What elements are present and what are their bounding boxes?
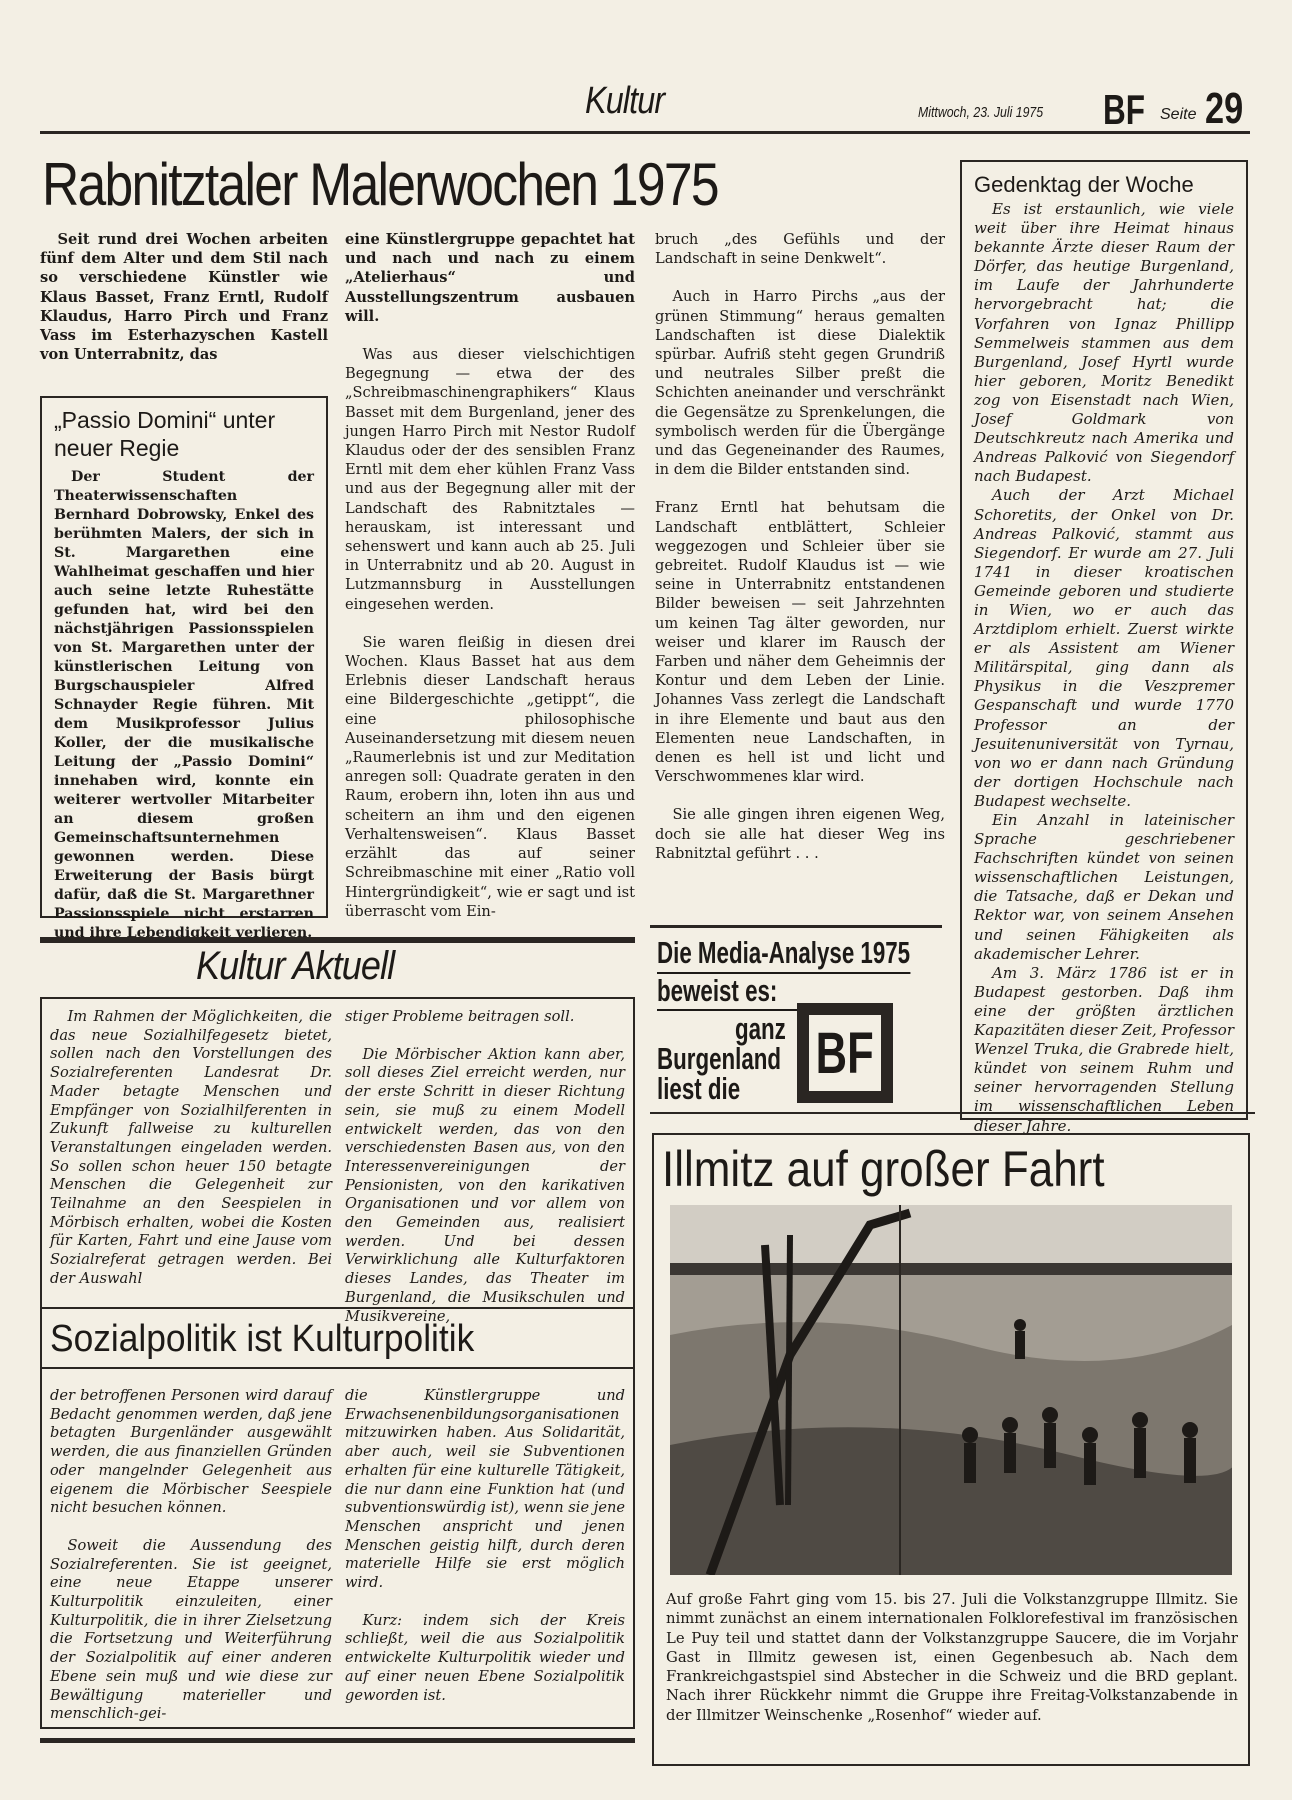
col3-p1: bruch „des Gefühls und der Landschaft in… — [655, 230, 945, 268]
sozialpolitik-rule — [40, 1367, 635, 1369]
main-article-lead: Seit rund drei Wochen arbeiten fünf dem … — [40, 230, 328, 364]
gedenktag-p4: Am 3. März 1786 ist er in Budapest gesto… — [974, 964, 1234, 1136]
ka-col2-lead: stiger Probleme beitragen soll. — [345, 1008, 625, 1027]
bf-logo-text: BF — [816, 1020, 874, 1087]
gedenktag-p1: Es ist erstaunlich, wie viele weit über … — [974, 200, 1234, 486]
gedenktag-body: Es ist erstaunlich, wie viele weit über … — [974, 200, 1234, 1136]
advert-line2: beweist es: — [657, 973, 797, 1011]
illmitz-headline: Illmitz auf großer Fahrt — [662, 1140, 1105, 1198]
main-article-col3: bruch „des Gefühls und der Landschaft in… — [655, 230, 945, 863]
gedenktag-box: Gedenktag der Woche Es ist erstaunlich, … — [960, 160, 1248, 1120]
issue-date: Mittwoch, 23. Juli 1975 — [918, 104, 1043, 121]
sozialpolitik-headline: Sozialpolitik ist Kulturpolitik — [50, 1318, 474, 1361]
advert-line1: Die Media-Analyse 1975 — [657, 935, 910, 974]
advert-line5: liest die — [657, 1071, 740, 1107]
gedenktag-headline: Gedenktag der Woche — [974, 172, 1234, 198]
bottom-rule — [40, 1738, 635, 1743]
col3-p2: Auch in Harro Pirchs „aus der grünen Sti… — [655, 287, 945, 479]
sp-col2-lead: die Künstlergruppe und Erwachsenenbildun… — [345, 1387, 625, 1593]
col3-p3: Franz Erntl hat behutsam die Landschaft … — [655, 498, 945, 786]
bf-logo-box: BF — [797, 1003, 893, 1103]
bf-logo-inner: BF — [809, 1015, 881, 1091]
kultur-aktuell-headline: Kultur Aktuell — [196, 944, 394, 989]
page-number: 29 — [1205, 84, 1243, 134]
newspaper-logo: BF — [1103, 86, 1145, 134]
page-label: Seite — [1160, 106, 1196, 124]
illmitz-caption: Auf große Fahrt ging vom 15. bis 27. Jul… — [666, 1590, 1238, 1725]
illmitz-photo — [670, 1205, 1232, 1575]
sp-col1-lead: der betroffenen Personen wird darauf Bed… — [50, 1387, 332, 1518]
illmitz-caption-wrap: Auf große Fahrt ging vom 15. bis 27. Jul… — [666, 1590, 1238, 1725]
folk-dance-photo-icon — [670, 1205, 1232, 1575]
main-article-col2: eine Künstlergruppe gepachtet hat und na… — [345, 230, 635, 921]
kultur-aktuell-rule — [40, 937, 635, 943]
ka-col2-text: Die Mörbischer Aktion kann aber, soll di… — [345, 1046, 625, 1327]
main-headline: Rabnitztaler Malerwochen 1975 — [42, 150, 718, 219]
passio-body: Der Student der Theaterwissenschaften Be… — [54, 468, 314, 943]
passio-headline: „Passio Domini“ unter neuer Regie — [54, 406, 314, 462]
section-title: Kultur — [585, 80, 664, 123]
gedenktag-p3: Ein Anzahl in lateinischer Sprache gesch… — [974, 811, 1234, 964]
kultur-aktuell-col2: stiger Probleme beitragen soll. Die Mörb… — [345, 1008, 625, 1326]
masthead-rule — [40, 131, 1250, 134]
col2-p2: Sie waren fleißig in diesen drei Wochen.… — [345, 633, 635, 921]
ka-col1-text: Im Rahmen der Möglichkeiten, die das neu… — [50, 1008, 332, 1289]
media-analyse-advert: Die Media-Analyse 1975 beweist es: ganz … — [657, 935, 947, 1105]
sozialpolitik-col2: die Künstlergruppe und Erwachsenenbildun… — [345, 1387, 625, 1705]
passio-body-wrap: Der Student der Theaterwissenschaften Be… — [54, 468, 314, 943]
advert-bottom-rule — [650, 1112, 1255, 1114]
sp-col1-p2: Soweit die Aussendung des Sozialreferent… — [50, 1537, 332, 1724]
lead-paragraph: Seit rund drei Wochen arbeiten fünf dem … — [40, 230, 328, 364]
kultur-aktuell-col1: Im Rahmen der Möglichkeiten, die das neu… — [50, 1008, 332, 1289]
col2-p1: Was aus dieser vielschichtigen Begegnung… — [345, 345, 635, 614]
col2-lead: eine Künstlergruppe gepachtet hat und na… — [345, 230, 635, 326]
sozialpolitik-col1: der betroffenen Personen wird darauf Bed… — [50, 1387, 332, 1724]
gedenktag-p2: Auch der Arzt Michael Schoretits, der On… — [974, 486, 1234, 811]
col3-p4: Sie alle gingen ihren eigenen Weg, doch … — [655, 805, 945, 863]
passio-domini-box: „Passio Domini“ unter neuer Regie Der St… — [40, 396, 328, 918]
sp-col2-p2: Kurz: indem sich der Kreis schließt, wei… — [345, 1612, 625, 1706]
advert-top-rule — [650, 925, 942, 928]
